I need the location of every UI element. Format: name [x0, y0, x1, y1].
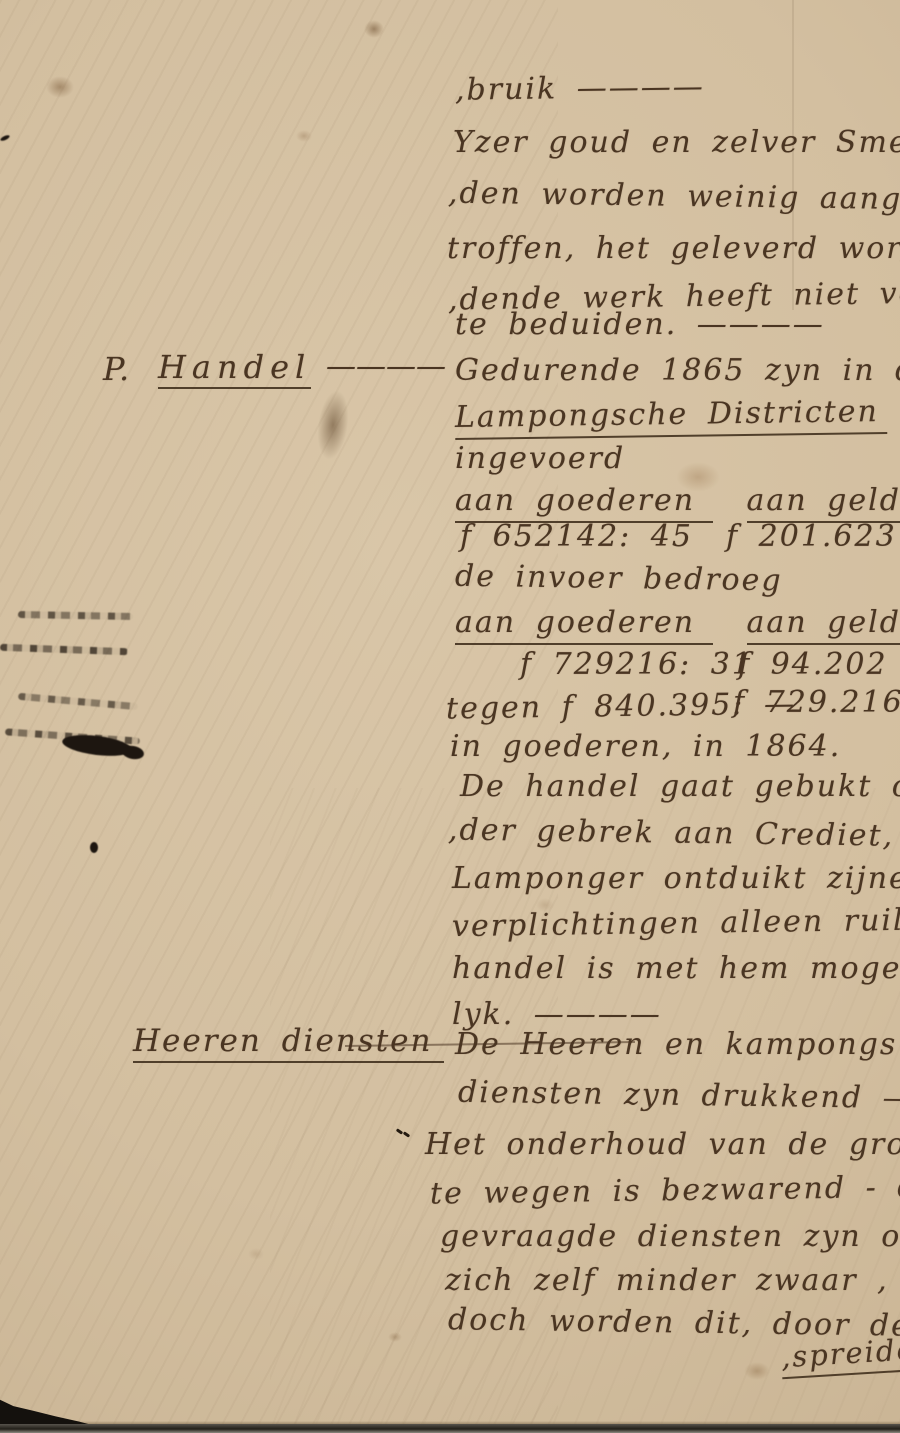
- manuscript-line: Gedurende 1865 zyn in de: [455, 352, 900, 390]
- scanner-background: [0, 1424, 900, 1433]
- manuscript-line: De handel gaat gebukt on,: [460, 768, 900, 806]
- manuscript-line: de invoer bedroeg: [455, 558, 783, 601]
- paper-stain: [388, 1332, 402, 1342]
- ink-smudge: [18, 693, 138, 710]
- ink-smudge: [0, 644, 128, 655]
- ink-dot: [90, 842, 98, 853]
- manuscript-line: ingevoerd: [455, 440, 625, 478]
- ink-smudge: [18, 611, 133, 620]
- paper-stain: [744, 1362, 770, 1380]
- manuscript-line: handel is met hem moge,: [452, 950, 900, 988]
- manuscript-line: troffen, het geleverd wor,: [447, 230, 900, 268]
- margin-note-heeren-diensten: Heeren diensten: [133, 1022, 444, 1063]
- paper-stain: [364, 20, 384, 38]
- manuscript-line: Yzer goud en zelver Sme,: [453, 124, 900, 162]
- margin-note-p: P.: [103, 350, 130, 388]
- paper-stain: [296, 130, 312, 142]
- manuscript-line: te beduiden. ————: [455, 306, 825, 344]
- paper-stain: [46, 76, 74, 98]
- money-value: f 94.202: [738, 646, 888, 684]
- insertion-ink-mark: [396, 1130, 410, 1140]
- ledger-row-headers: aan goederen aan geld: [455, 604, 900, 645]
- paper-stain: [248, 1248, 264, 1260]
- manuscript-line: ,bruik ————: [455, 68, 705, 109]
- manuscript-line: te wegen is bezwarend - de: [430, 1168, 900, 1213]
- manuscript-line: De Heeren en kampongs: [455, 1026, 897, 1064]
- manuscript-line: diensten zyn drukkend —: [458, 1074, 900, 1118]
- money-column-header: aan geld: [747, 482, 900, 523]
- catchword: ,spreide: [780, 1330, 900, 1380]
- goods-value: f 652142: 45: [460, 518, 693, 556]
- manuscript-line: Het onderhoud van de groo,: [425, 1126, 900, 1164]
- manuscript-line: Lamponger ontduikt zijne: [452, 860, 900, 898]
- ink-dot: [0, 134, 10, 142]
- money-compare-value: f 729.216:: [733, 684, 900, 722]
- manuscript-line-underlined: Lampongsche Districten: [455, 393, 887, 440]
- money-column-header: aan geld: [747, 604, 900, 645]
- margin-note-handel: Handel: [158, 348, 311, 389]
- margin-dash: ————: [326, 348, 446, 386]
- money-value: f 201.623: [726, 518, 897, 556]
- manuscript-line: ,den worden weinig aange,: [448, 175, 900, 220]
- scanned-manuscript-page: ,bruik ———— Yzer goud en zelver Sme, ,de…: [0, 0, 900, 1433]
- paper-stain: [313, 388, 352, 461]
- ledger-row-headers: aan goederen aan geld: [455, 482, 900, 523]
- manuscript-line: verplichtingen alleen ruil: [452, 902, 900, 946]
- goods-value: f 729216: 31: [520, 646, 753, 684]
- goods-column-header: aan goederen: [455, 604, 713, 645]
- manuscript-line: gevraagde diensten zyn op: [440, 1218, 900, 1256]
- manuscript-line: zich zelf minder zwaar ,: [445, 1262, 889, 1300]
- manuscript-line: in goederen, in 1864.: [450, 728, 841, 766]
- goods-column-header: aan goederen: [455, 482, 713, 523]
- ink-blot: [121, 744, 145, 761]
- manuscript-line: ,der gebrek aan Crediet, de: [448, 811, 900, 856]
